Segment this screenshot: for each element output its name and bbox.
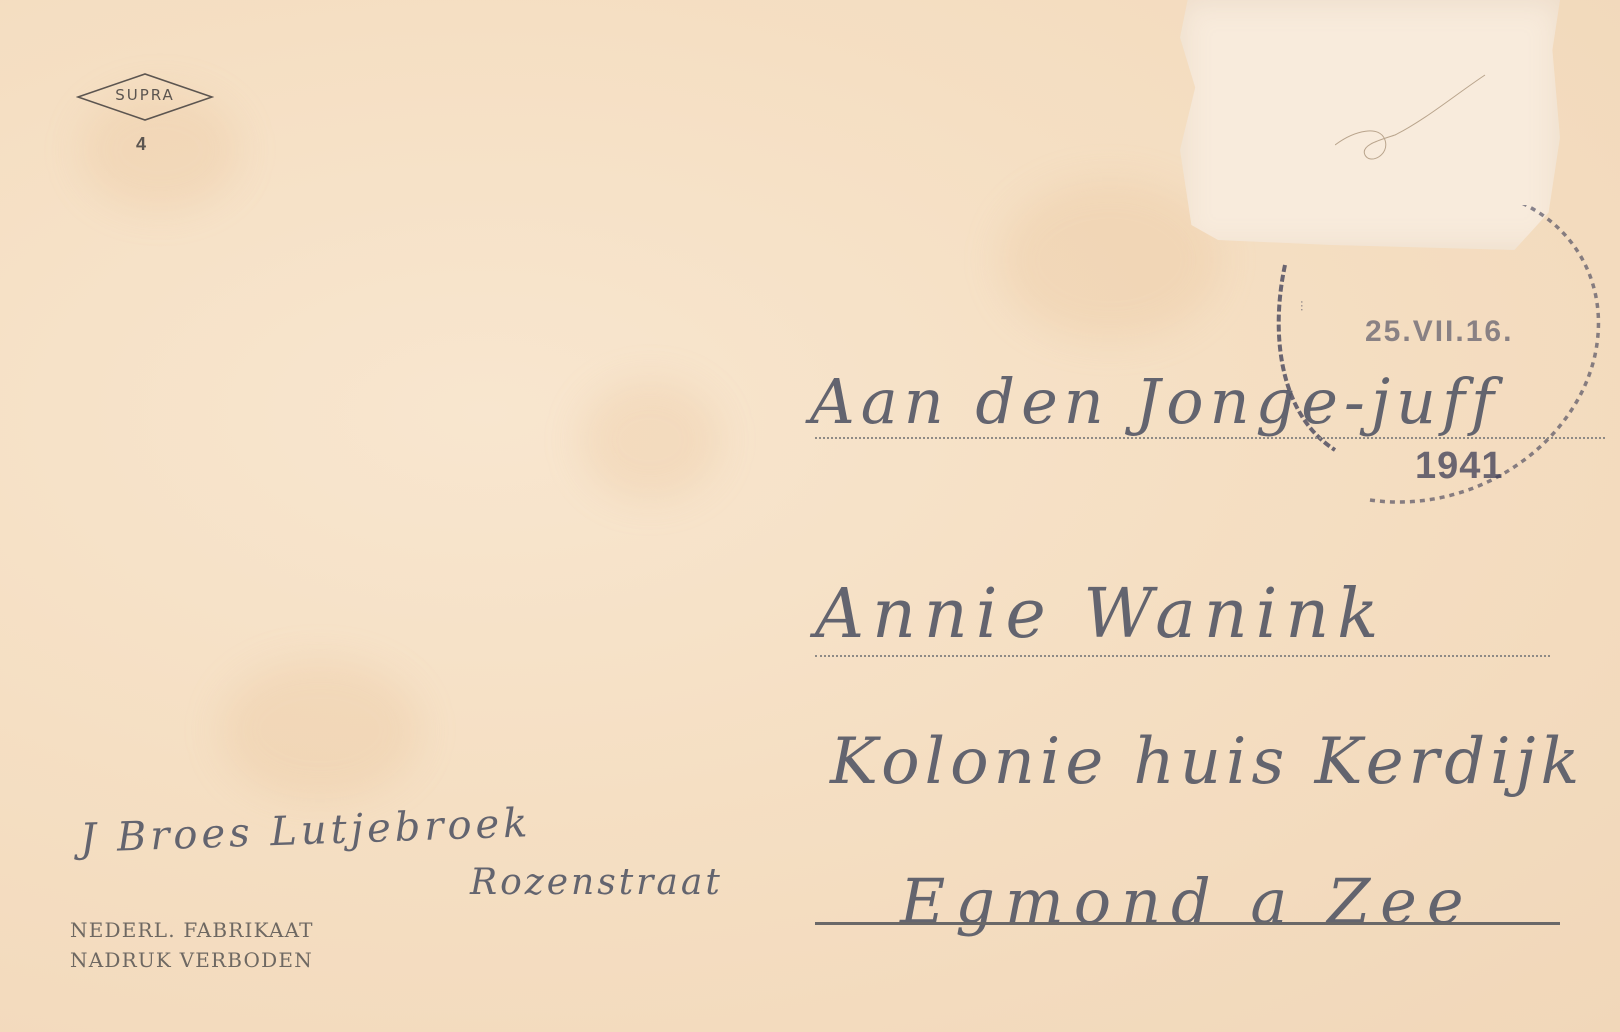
imprint-manufacturer: NEDERL. FABRIKAAT <box>70 918 314 942</box>
paper-stain <box>1000 180 1220 340</box>
logo-text: SUPRA <box>76 86 214 104</box>
postmark-date: 25.VII.16. <box>1365 315 1513 349</box>
paper-stain <box>580 380 720 500</box>
hair-strand <box>1335 70 1495 170</box>
sender-line-1: J Broes Lutjebroek <box>79 800 532 862</box>
address-line-2: Annie Wanink <box>815 575 1386 654</box>
address-line-1: Aan den Jonge-juff <box>810 365 1500 438</box>
postmark-small-text: ... <box>1298 300 1314 312</box>
address-dotted-line <box>815 437 1605 439</box>
postcard-back: SUPRA 4 NEDERL. FABRIKAAT NADRUK VERBODE… <box>0 0 1620 1032</box>
address-underline <box>815 922 1560 925</box>
supra-logo: SUPRA <box>76 72 214 122</box>
imprint-copyright: NADRUK VERBODEN <box>70 948 313 972</box>
postmark-year: 1941 <box>1415 445 1504 488</box>
paper-stain <box>220 660 420 800</box>
address-line-4: Egmond a Zee <box>900 865 1474 938</box>
address-line-3: Kolonie huis Kerdijk <box>830 725 1584 799</box>
series-number: 4 <box>136 134 146 155</box>
sender-line-2: Rozenstraat <box>470 862 723 903</box>
address-dotted-line <box>815 655 1550 657</box>
